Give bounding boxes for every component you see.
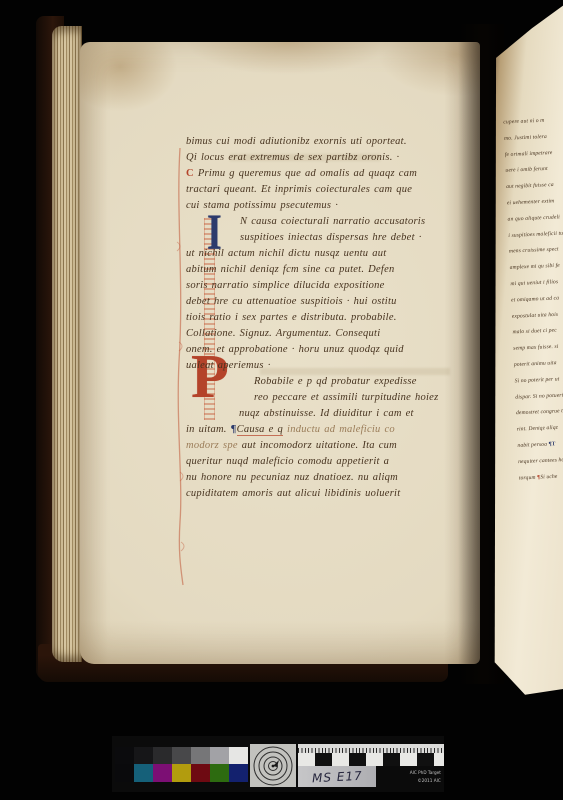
manuscript-line: bimus cui modi adiutionibz exornis uti o…	[186, 134, 468, 150]
text-segment: cui stama potissimu psecutemus ·	[186, 200, 338, 211]
text-segment: ei uehementer extim	[507, 198, 555, 206]
text-segment: cupiditatem amoris aut alicui libidinis …	[186, 488, 400, 499]
text-segment: Robabile e p qd probatur expedisse	[254, 376, 417, 387]
grayscale-patch	[153, 747, 172, 764]
text-segment: torqum	[519, 474, 537, 481]
text-segment: an quo aliqute crudeli	[507, 213, 560, 221]
calibration-target: MS E17 AIC PhD Target ©2011 AIC	[112, 736, 444, 792]
photograph-stage: I P bimus cui modi adiutionibz exornis u…	[0, 0, 563, 800]
manuscript-line: cupiditatem amoris aut alicui libidinis …	[186, 486, 468, 502]
manuscript-line: ut nichil actum nichil dictu nusqz uentu…	[186, 246, 468, 262]
text-segment: inductu ad maleficiu co	[283, 424, 395, 435]
manuscript-line: tiois ratio i sex partes e distributa. p…	[186, 310, 468, 326]
grayscale-patch	[134, 747, 153, 764]
paragraph-mark: ¶	[231, 424, 237, 435]
text-segment: Collatione. Signuz. Argumentuz. Consequt…	[186, 328, 380, 339]
manuscript-line: reo peccare et assimili turpitudine hoie…	[254, 390, 468, 406]
text-segment: nabit persoa	[517, 441, 548, 448]
text-segment: bimus cui modi adiutionibz exornis uti o…	[186, 136, 407, 147]
left-page-text-block: bimus cui modi adiutionibz exornis uti o…	[186, 134, 468, 502]
text-segment: abitum nichil deniqz fcm sine ca putet. …	[186, 264, 395, 275]
grayscale-patch	[172, 747, 191, 764]
manuscript-line: an quo aliqute crudeli	[507, 208, 563, 227]
right-page-text-block: cupere aut ni o mmo. Justimi tolerafe or…	[503, 111, 563, 486]
text-segment: rint. Deniqz aliqz	[517, 424, 559, 432]
text-segment: aut negibit fuisse ca	[506, 181, 554, 189]
text-segment: et omiqamo ut ad ca	[511, 294, 559, 302]
manuscript-line: demostret congrue t	[516, 402, 563, 421]
manuscript-line: N causa coiecturali narratio accusatoris	[240, 214, 468, 230]
manuscript-line: rint. Deniqz aliqz	[516, 418, 563, 437]
manuscript-line: queritur nuqd maleficio comodu appetieri…	[186, 454, 468, 470]
target-credit-line2: ©2011 AIC	[418, 778, 441, 783]
manuscript-line: cui stama potissimu psecutemus ·	[186, 198, 468, 214]
manuscript-line: torqum ¶Si uche	[519, 467, 563, 486]
text-segment: uere i omib ferunt	[505, 165, 548, 173]
text-segment: Si no poterit per ut	[515, 375, 560, 383]
shelfmark-label-plate: MS E17	[298, 766, 376, 787]
text-segment: semp max fuisse. si	[513, 343, 558, 351]
text-segment: modorz spe	[186, 440, 238, 451]
manuscript-line: Si no poterit per ut	[514, 370, 563, 389]
manuscript-line: abitum nichil deniqz fcm sine ca putet. …	[186, 262, 468, 278]
text-segment: Si uche	[540, 473, 557, 480]
text-segment: onem. et approbatione · horu unuz quodqz…	[186, 344, 404, 355]
target-credit-line1: AIC PhD Target	[410, 770, 441, 775]
text-segment: ut nichil actum nichil dictu nusqz uentu…	[186, 248, 386, 259]
text-segment: N causa coiecturali narratio accusatoris	[240, 216, 425, 227]
manuscript-line: suspitioes iniectas dispersas hre debet …	[240, 230, 468, 246]
checker-bar	[298, 753, 444, 766]
color-patch	[153, 764, 172, 782]
manuscript-line: nabit persoa ¶T	[517, 435, 563, 454]
page-edge-stack	[52, 26, 82, 662]
ruler-column: MS E17 AIC PhD Target ©2011 AIC	[298, 744, 444, 787]
manuscript-line: onem. et approbatione · horu unuz quodqz…	[186, 342, 468, 358]
text-segment: nu honore nu pecuniaz nuz dnatioez. nu a…	[186, 472, 398, 483]
manuscript-line: tractari queant. Et inprimis coiecturale…	[186, 182, 468, 198]
text-segment: ualeat aperiemus ·	[186, 360, 271, 371]
text-segment: Causa e q	[237, 424, 283, 436]
grayscale-patch	[210, 747, 229, 764]
color-patch	[210, 764, 229, 782]
grayscale-patch	[229, 747, 248, 764]
text-segment: Qi locus erat extremus de sex partibz or…	[186, 152, 399, 163]
manuscript-line: soris narratio simplice dilucida exposit…	[186, 278, 468, 294]
grayscale-patch	[115, 747, 134, 764]
color-patch	[115, 764, 134, 782]
color-patch-row	[115, 764, 248, 782]
text-segment: mo. Justimi tolera	[504, 133, 547, 141]
text-segment: aut incomodorz uitatione. Ita cum	[238, 440, 397, 451]
text-segment: in uitam.	[186, 424, 231, 435]
grayscale-patch	[191, 747, 210, 764]
manuscript-line: debet hre cu attenuatioe suspitiois · hu…	[186, 294, 468, 310]
color-patch	[229, 764, 248, 782]
manuscript-line: nequiter cantees ho	[518, 451, 563, 470]
grayscale-patch-row	[115, 747, 248, 764]
text-segment: fe orimali impetrare	[505, 149, 553, 157]
manuscript-line: modorz spe aut incomodorz uitatione. Ita…	[186, 438, 468, 454]
text-segment: demostret congrue t	[516, 408, 563, 416]
text-segment: nequiter cantees ho	[518, 456, 563, 464]
manuscript-line: et omiqamo ut ad ca	[511, 289, 563, 308]
text-segment: queritur nuqd maleficio comodu appetieri…	[186, 456, 389, 467]
manuscript-line: poterit animu uita	[514, 354, 563, 373]
manuscript-line: ualeat aperiemus ·	[186, 358, 468, 374]
text-segment: mens cruissime spect	[509, 246, 559, 254]
registration-target-icon	[250, 744, 296, 787]
color-patch	[172, 764, 191, 782]
text-segment: malo si duet ci pec	[512, 327, 557, 335]
text-segment: mi qui ueniut i filios	[510, 278, 558, 286]
text-segment: suspitioes iniectas dispersas hre debet …	[240, 232, 422, 243]
shelfmark-label: MS E17	[311, 768, 362, 785]
text-segment: tractari queant. Et inprimis coiecturale…	[186, 184, 412, 195]
manuscript-line: C Primu g queremus que ad omalis ad quaq…	[186, 166, 468, 182]
left-page: I P bimus cui modi adiutionibz exornis u…	[80, 42, 480, 664]
color-patch	[191, 764, 210, 782]
target-credit: AIC PhD Target ©2011 AIC	[376, 766, 444, 787]
manuscript-line: Qi locus erat extremus de sex partibz or…	[186, 150, 468, 166]
right-page: cupere aut ni o mmo. Justimi tolerafe or…	[494, 0, 563, 706]
text-segment: dispar. Si no potuerit	[515, 391, 563, 399]
text-segment: reo peccare et assimili turpitudine hoie…	[254, 392, 438, 403]
text-segment: tiois ratio i sex partes e distributa. p…	[186, 312, 397, 323]
manuscript-line: mi qui ueniut i filios	[510, 273, 563, 292]
paragraph-mark: ¶T	[548, 440, 555, 446]
calibration-patch-grid	[115, 747, 248, 782]
manuscript-line: nuqz abstinuisse. Id diuiditur i cam et	[239, 406, 468, 422]
manuscript-line: nu honore nu pecuniaz nuz dnatioez. nu a…	[186, 470, 468, 486]
text-segment: cupere aut ni o m	[503, 117, 544, 125]
manuscript-line: Robabile e p qd probatur expedisse	[254, 374, 468, 390]
manuscript-line: in uitam. ¶Causa e q inductu ad malefici…	[186, 422, 468, 438]
text-segment: amplexe mi qu sibi fe	[510, 262, 560, 270]
text-segment: i suspitioes maleficii tu	[508, 230, 563, 239]
text-segment: debet hre cu attenuatioe suspitiois · hu…	[186, 296, 397, 307]
manuscript-line: dispar. Si no potuerit	[515, 386, 563, 405]
manuscript-line: Collatione. Signuz. Argumentuz. Consequt…	[186, 326, 468, 342]
text-segment: poterit animu uita	[514, 359, 557, 367]
color-patch	[134, 764, 153, 782]
text-segment: Primu g queremus que ad omalis ad quaqz …	[198, 168, 417, 179]
text-segment: expostulat uita hois	[512, 311, 559, 319]
paragraph-mark: C	[186, 168, 198, 179]
ruler-scale	[298, 744, 444, 753]
text-segment: nuqz abstinuisse. Id diuiditur i cam et	[239, 408, 414, 419]
text-segment: soris narratio simplice dilucida exposit…	[186, 280, 385, 291]
